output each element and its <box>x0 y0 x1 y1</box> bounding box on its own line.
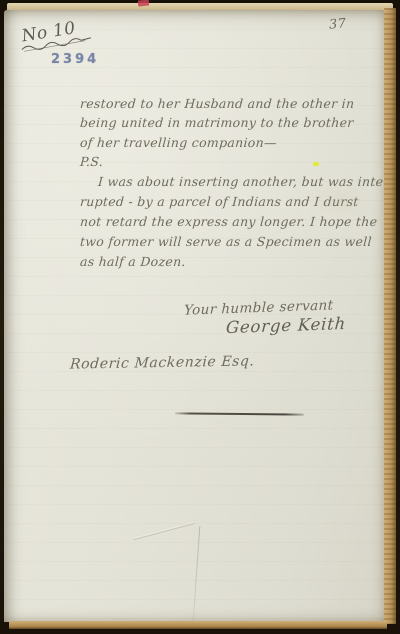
letter-line: restored to her Husband and the other in <box>79 94 380 113</box>
page-block-bottom-edge <box>9 621 387 629</box>
letter-line: of her travelling companion— <box>79 133 380 152</box>
letter-line: being united in matrimony to the brother <box>79 113 380 132</box>
blue-stamp-number: 2394 <box>51 52 99 67</box>
letter-line: as half a Dozen. <box>79 252 380 272</box>
red-bookmark-mark <box>138 0 150 7</box>
paper-page: No 10 2394 37 restored to her Husband an… <box>4 10 384 622</box>
folio-number: 37 <box>328 16 347 32</box>
postscript-label: P.S. <box>79 152 380 171</box>
closing-rule-line <box>175 412 304 415</box>
yellow-speck <box>313 162 319 166</box>
paper-smudge <box>304 180 374 220</box>
signature: George Keith <box>225 314 346 337</box>
page-block-right-edge <box>384 8 396 624</box>
scanned-letter-page: No 10 2394 37 restored to her Husband an… <box>0 0 400 634</box>
letter-line: two former will serve as a Specimen as w… <box>79 232 380 252</box>
paper-crease <box>193 526 201 622</box>
addressee-line: Roderic Mackenzie Esq. <box>69 353 255 372</box>
paper-crease <box>133 522 195 540</box>
document-number: No 10 <box>20 16 93 54</box>
